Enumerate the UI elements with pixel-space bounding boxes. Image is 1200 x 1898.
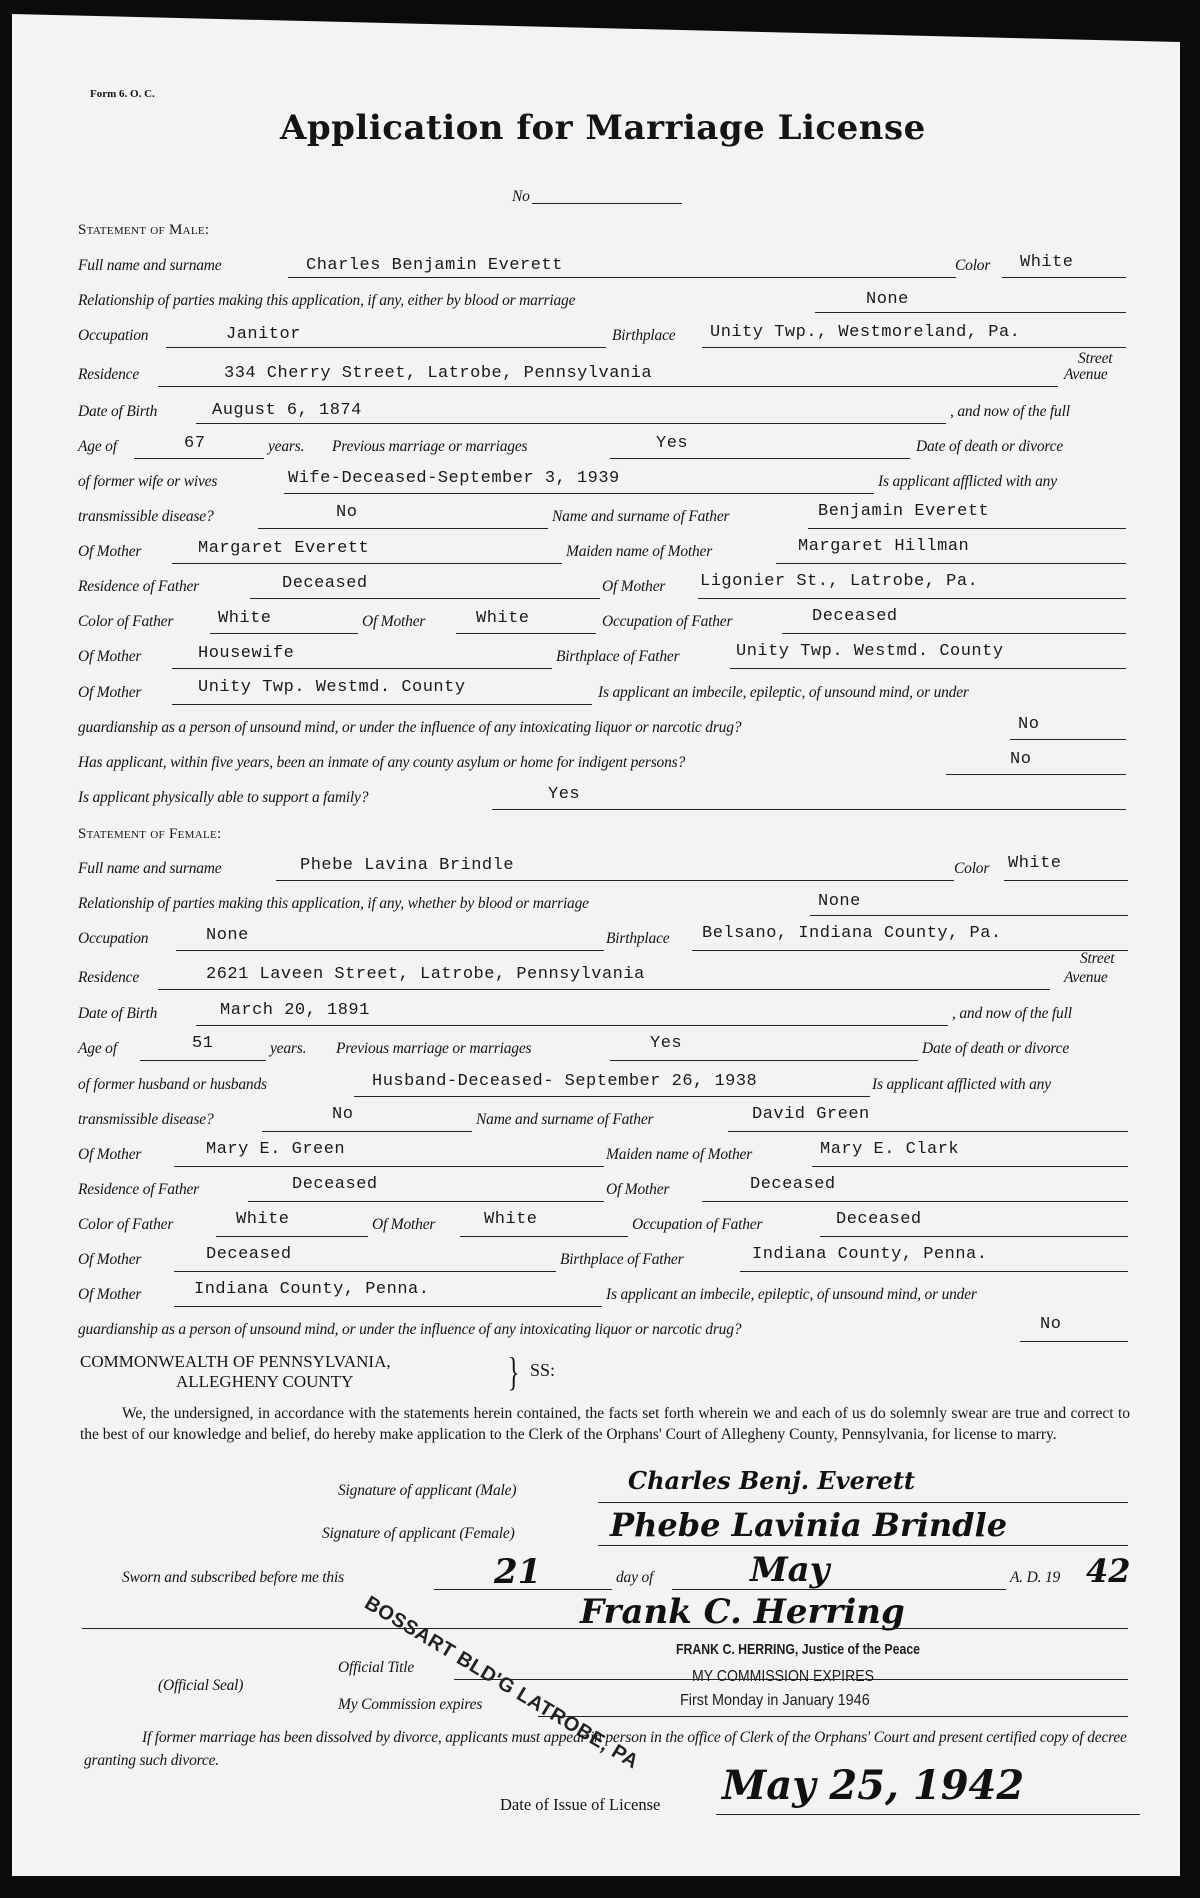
label: Date of death or divorce	[922, 1040, 1069, 1058]
label: Previous marriage or marriages	[332, 438, 527, 456]
male-mother-birthplace[interactable]: Unity Twp. Westmd. County	[198, 678, 466, 697]
label: Is applicant afflicted with any	[872, 1076, 1051, 1094]
label: years.	[270, 1040, 306, 1058]
male-age[interactable]: 67	[184, 434, 205, 453]
label: Residence	[78, 969, 139, 987]
female-father-name[interactable]: David Green	[752, 1105, 870, 1124]
label: Residence of Father	[78, 1181, 199, 1199]
label: Color	[954, 860, 989, 878]
label: My Commission expires	[338, 1696, 482, 1714]
form-number: Form 6. O. C.	[90, 88, 155, 100]
ss-label: SS:	[530, 1360, 555, 1381]
label: Birthplace of Father	[556, 648, 679, 666]
label: Of Mother	[606, 1181, 669, 1199]
label: Occupation of Father	[632, 1216, 762, 1234]
female-age[interactable]: 51	[192, 1034, 213, 1053]
brace: }	[508, 1348, 520, 1395]
label: Is applicant physically able to support …	[78, 789, 368, 807]
female-residence[interactable]: 2621 Laveen Street, Latrobe, Pennsylvani…	[206, 965, 645, 984]
male-mother-occupation[interactable]: Housewife	[198, 644, 294, 663]
label: Previous marriage or marriages	[336, 1040, 531, 1058]
female-mother-color[interactable]: White	[484, 1210, 538, 1229]
label: Of Mother	[372, 1216, 435, 1234]
male-residence[interactable]: 334 Cherry Street, Latrobe, Pennsylvania	[224, 364, 652, 383]
female-previous-marriage[interactable]: Yes	[650, 1034, 682, 1053]
label: Of Mother	[602, 578, 665, 596]
label: Maiden name of Mother	[606, 1146, 752, 1164]
male-birthplace[interactable]: Unity Twp., Westmoreland, Pa.	[710, 323, 1020, 342]
label: Relationship of parties making this appl…	[78, 292, 575, 310]
label: Date of death or divorce	[916, 438, 1063, 456]
label: Of Mother	[78, 1251, 141, 1269]
label: Age of	[78, 1040, 117, 1058]
female-mother-birthplace[interactable]: Indiana County, Penna.	[194, 1280, 429, 1299]
female-father-residence[interactable]: Deceased	[292, 1175, 378, 1194]
label: Birthplace	[606, 930, 669, 948]
label: Date of Birth	[78, 1005, 157, 1023]
official-signature[interactable]: Frank C. Herring	[580, 1592, 905, 1632]
male-mother-name[interactable]: Margaret Everett	[198, 539, 369, 558]
male-father-occupation[interactable]: Deceased	[812, 607, 898, 626]
label: Birthplace	[612, 327, 675, 345]
label: day of	[616, 1569, 653, 1587]
label: Full name and surname	[78, 860, 221, 878]
male-dob[interactable]: August 6, 1874	[212, 401, 362, 420]
male-father-color[interactable]: White	[218, 609, 272, 628]
label: Relationship of parties making this appl…	[78, 895, 589, 913]
label: , and now of the full	[950, 403, 1070, 421]
number-label: No	[512, 188, 530, 206]
label: Birthplace of Father	[560, 1251, 683, 1269]
male-mother-color[interactable]: White	[476, 609, 530, 628]
male-previous-marriage[interactable]: Yes	[656, 434, 688, 453]
male-mother-maiden[interactable]: Margaret Hillman	[798, 537, 969, 556]
female-occupation[interactable]: None	[206, 926, 249, 945]
female-mother-name[interactable]: Mary E. Green	[206, 1140, 345, 1159]
label: Full name and surname	[78, 257, 221, 275]
label: of former wife or wives	[78, 473, 217, 491]
label: Sworn and subscribed before me this	[122, 1569, 344, 1587]
label: Of Mother	[78, 648, 141, 666]
oath-paragraph: We, the undersigned, in accordance with …	[80, 1403, 1130, 1445]
label: , and now of the full	[952, 1005, 1072, 1023]
label: Signature of applicant (Male)	[338, 1482, 516, 1500]
male-father-name[interactable]: Benjamin Everett	[818, 502, 989, 521]
number-field[interactable]	[532, 203, 682, 204]
label: Color	[955, 257, 990, 275]
male-color[interactable]: White	[1020, 253, 1074, 272]
male-signature[interactable]: Charles Benj. Everett	[628, 1466, 915, 1495]
label: guardianship as a person of unsound mind…	[78, 719, 741, 737]
avenue-label: Avenue	[1064, 969, 1108, 987]
male-transmissible[interactable]: No	[336, 503, 357, 522]
label: Occupation	[78, 930, 148, 948]
female-former-spouse[interactable]: Husband-Deceased- September 26, 1938	[372, 1072, 757, 1091]
label: of former husband or husbands	[78, 1076, 267, 1094]
female-mother-occupation[interactable]: Deceased	[206, 1245, 292, 1264]
male-imbecile[interactable]: No	[1018, 715, 1039, 734]
label: Official Title	[338, 1659, 414, 1677]
document-title: Application for Marriage License	[280, 108, 926, 148]
female-father-birthplace[interactable]: Indiana County, Penna.	[752, 1245, 987, 1264]
male-full-name[interactable]: Charles Benjamin Everett	[306, 256, 563, 275]
male-occupation[interactable]: Janitor	[226, 325, 301, 344]
sworn-year[interactable]: 42	[1086, 1552, 1131, 1590]
jurisdiction-state: COMMONWEALTH OF PENNSYLVANIA,	[80, 1352, 391, 1372]
female-color[interactable]: White	[1008, 854, 1062, 873]
female-father-occupation[interactable]: Deceased	[836, 1210, 922, 1229]
label: Has applicant, within five years, been a…	[78, 754, 685, 772]
commission-stamp-title: MY COMMISSION EXPIRES	[692, 1668, 874, 1686]
male-father-residence[interactable]: Deceased	[282, 574, 368, 593]
male-relationship[interactable]: None	[866, 290, 909, 309]
female-father-color[interactable]: White	[236, 1210, 290, 1229]
label: Color of Father	[78, 613, 173, 631]
male-support[interactable]: Yes	[548, 785, 580, 804]
label: Name and surname of Father	[552, 508, 729, 526]
issue-date[interactable]: May 25, 1942	[722, 1762, 1024, 1809]
label: Signature of applicant (Female)	[322, 1525, 515, 1543]
label: Occupation of Father	[602, 613, 732, 631]
sworn-month[interactable]: May	[750, 1550, 829, 1590]
official-title-stamp: FRANK C. HERRING, Justice of the Peace	[676, 1641, 920, 1658]
label: Of Mother	[78, 684, 141, 702]
jurisdiction-county: ALLEGHENY COUNTY	[176, 1372, 353, 1392]
label: Residence of Father	[78, 578, 199, 596]
female-transmissible[interactable]: No	[332, 1105, 353, 1124]
label: Maiden name of Mother	[566, 543, 712, 561]
issue-date-label: Date of Issue of License	[500, 1795, 660, 1815]
female-birthplace[interactable]: Belsano, Indiana County, Pa.	[702, 924, 1002, 943]
female-section-heading: Statement of Female:	[78, 826, 221, 843]
label: transmissible disease?	[78, 1111, 214, 1129]
label: Of Mother	[78, 1146, 141, 1164]
sworn-day[interactable]: 21	[494, 1552, 541, 1592]
official-seal-label: (Official Seal)	[158, 1677, 243, 1695]
label: Is applicant an imbecile, epileptic, of …	[606, 1286, 977, 1304]
label: Color of Father	[78, 1216, 173, 1234]
female-relationship[interactable]: None	[818, 892, 861, 911]
male-section-heading: Statement of Male:	[78, 222, 209, 239]
label: Of Mother	[78, 1286, 141, 1304]
label: transmissible disease?	[78, 508, 214, 526]
label: A. D. 19	[1010, 1569, 1060, 1587]
label: Residence	[78, 366, 139, 384]
male-asylum[interactable]: No	[1010, 750, 1031, 769]
label: Is applicant an imbecile, epileptic, of …	[598, 684, 969, 702]
male-mother-residence[interactable]: Ligonier St., Latrobe, Pa.	[700, 572, 978, 591]
label: Date of Birth	[78, 403, 157, 421]
label: Age of	[78, 438, 117, 456]
female-signature[interactable]: Phebe Lavinia Brindle	[610, 1506, 1007, 1544]
label: Of Mother	[78, 543, 141, 561]
label: Occupation	[78, 327, 148, 345]
label: guardianship as a person of unsound mind…	[78, 1321, 741, 1339]
female-full-name[interactable]: Phebe Lavina Brindle	[300, 856, 514, 875]
commission-stamp-date: First Monday in January 1946	[680, 1692, 870, 1710]
label: Is applicant afflicted with any	[878, 473, 1057, 491]
label: Of Mother	[362, 613, 425, 631]
male-former-spouse[interactable]: Wife-Deceased-September 3, 1939	[288, 469, 620, 488]
female-imbecile[interactable]: No	[1040, 1315, 1061, 1334]
street-label: Street	[1080, 950, 1114, 968]
male-father-birthplace[interactable]: Unity Twp. Westmd. County	[736, 642, 1004, 661]
avenue-label: Avenue	[1064, 366, 1108, 384]
label: years.	[268, 438, 304, 456]
female-mother-residence[interactable]: Deceased	[750, 1175, 836, 1194]
female-mother-maiden[interactable]: Mary E. Clark	[820, 1140, 959, 1159]
female-dob[interactable]: March 20, 1891	[220, 1001, 370, 1020]
label: Name and surname of Father	[476, 1111, 653, 1129]
